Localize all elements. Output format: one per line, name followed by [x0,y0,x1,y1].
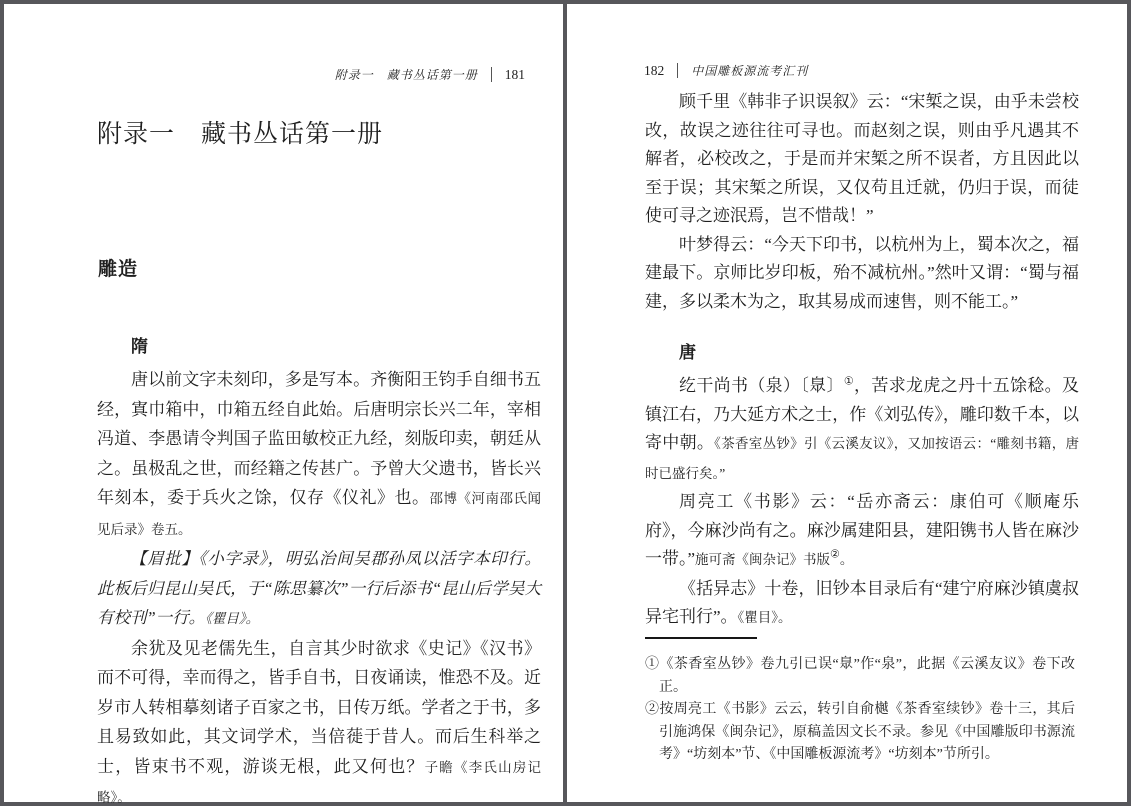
paragraph: 叶梦得云：“今天下印书，以杭州为上，蜀本次之，福建最下。京师比岁印板，殆不减杭州… [645,231,1079,317]
footnote: ①《茶香室丛钞》卷九引已误“臮”作“泉”，此据《云溪友议》卷下改正。 [645,654,1075,699]
section-heading: 雕造 [98,254,138,281]
footnote: ②按周亮工《书影》云云，转引自俞樾《茶香室续钞》卷十三，其后引施鸿保《闽杂记》，… [645,699,1075,767]
running-head-divider [491,67,492,82]
footnote-list: ①《茶香室丛钞》卷九引已误“臮”作“泉”，此据《云溪友议》卷下改正。②按周亮工《… [645,654,1075,767]
text-segment: 。 [840,552,854,567]
right-body: 顾千里《韩非子识误叙》云：“宋椠之误，由乎未尝校改，故误之迹往往可寻也。而赵刻之… [645,88,1079,633]
paragraph: 纥干尚书（泉）〔臮〕①，苦求龙虎之丹十五馀稔。及镇江右，乃大延方术之士，作《刘弘… [645,372,1079,488]
left-paragraphs: 唐以前文字未刻印，多是写本。齐衡阳王钧手自细书五经，寘巾箱中，巾箱五经自此始。后… [97,365,541,806]
page-number: 182 [644,63,664,79]
text-segment: 纥干尚书（泉）〔臮〕 [679,376,844,395]
left-page: 附录一 藏书丛话第一册 181 附录一 藏书丛话第一册 雕造 隋 唐以前文字未刻… [4,4,563,802]
footnote-marker: ② [645,702,659,717]
right-page: 182 中国雕板源流考汇刊 顾千里《韩非子识误叙》云：“宋椠之误，由乎未尝校改，… [567,4,1127,802]
left-running-head: 附录一 藏书丛话第一册 181 [335,66,525,83]
text-segment: 唐以前文字未刻印，多是写本。齐衡阳王钧手自细书五经，寘巾箱中，巾箱五经自此始。后… [97,370,541,507]
book-spread: { "colors": { "page_bg": "#ffffff", "fra… [0,0,1131,806]
text-segment: 顾千里《韩非子识误叙》云：“宋椠之误，由乎未尝校改，故误之迹往往可寻也。而赵刻之… [645,92,1079,225]
paragraph: 【眉批】《小字录》，明弘治间吴郡孙凤以活字本印行。此板后归昆山吴氏，于“陈思纂次… [97,544,541,634]
footnote-divider-line [645,637,757,639]
paragraph: 余犹及见老儒先生，自言其少时欲求《史记》《汉书》而不可得，幸而得之，皆手自书，日… [97,634,541,806]
text-segment: 《括异志》十卷，旧钞本目录后有“建宁府麻沙镇虞叔异宅刊行”。 [645,579,1079,627]
paragraph: 唐以前文字未刻印，多是写本。齐衡阳王钧手自细书五经，寘巾箱中，巾箱五经自此始。后… [97,365,541,544]
right-paragraphs-tang: 纥干尚书（泉）〔臮〕①，苦求龙虎之丹十五馀稔。及镇江右，乃大延方术之士，作《刘弘… [645,372,1079,633]
paragraph: 《括异志》十卷，旧钞本目录后有“建宁府麻沙镇虞叔异宅刊行”。《瞿目》。 [645,575,1079,633]
text-segment: 施可斋《闽杂记》书版 [695,552,830,567]
text-segment: 《瞿目》。 [738,610,792,625]
text-segment: 【眉批】《小字录》，明弘治间吴郡孙凤以活字本印行。此板后归昆山吴氏，于“陈思纂次… [97,549,541,627]
text-segment: 叶梦得云：“今天下印书，以杭州为上，蜀本次之，福建最下。京师比岁印板，殆不减杭州… [645,235,1079,311]
subsection-heading-tang: 唐 [645,338,1079,363]
text-segment: 余犹及见老儒先生，自言其少时欲求《史记》《汉书》而不可得，幸而得之，皆手自书，日… [97,639,541,776]
footnote-marker: ① [645,657,659,672]
paragraph: 周亮工《书影》云：“岳亦斋云：康伯可《顺庵乐府》，今麻沙尚有之。麻沙属建阳县，建… [645,488,1079,575]
running-head-divider [677,63,678,78]
footnote-area: ①《茶香室丛钞》卷九引已误“臮”作“泉”，此据《云溪友议》卷下改正。②按周亮工《… [645,637,1075,767]
running-head-title: 中国雕板源流考汇刊 [691,62,808,79]
right-running-head: 182 中国雕板源流考汇刊 [644,62,808,79]
page-number: 181 [505,67,525,83]
paragraph: 顾千里《韩非子识误叙》云：“宋椠之误，由乎未尝校改，故误之迹往往可寻也。而赵刻之… [645,88,1079,231]
right-paragraphs-top: 顾千里《韩非子识误叙》云：“宋椠之误，由乎未尝校改，故误之迹往往可寻也。而赵刻之… [645,88,1079,316]
running-head-title: 附录一 藏书丛话第一册 [335,66,478,83]
text-segment: 《瞿目》。 [205,611,259,626]
left-body: 隋 唐以前文字未刻印，多是写本。齐衡阳王钧手自细书五经，寘巾箱中，巾箱五经自此始… [97,332,541,806]
footnote-ref: ① [844,375,854,387]
chapter-title: 附录一 藏书丛话第一册 [97,114,383,150]
footnote-ref: ② [830,548,840,560]
subsection-heading-sui: 隋 [97,332,541,357]
